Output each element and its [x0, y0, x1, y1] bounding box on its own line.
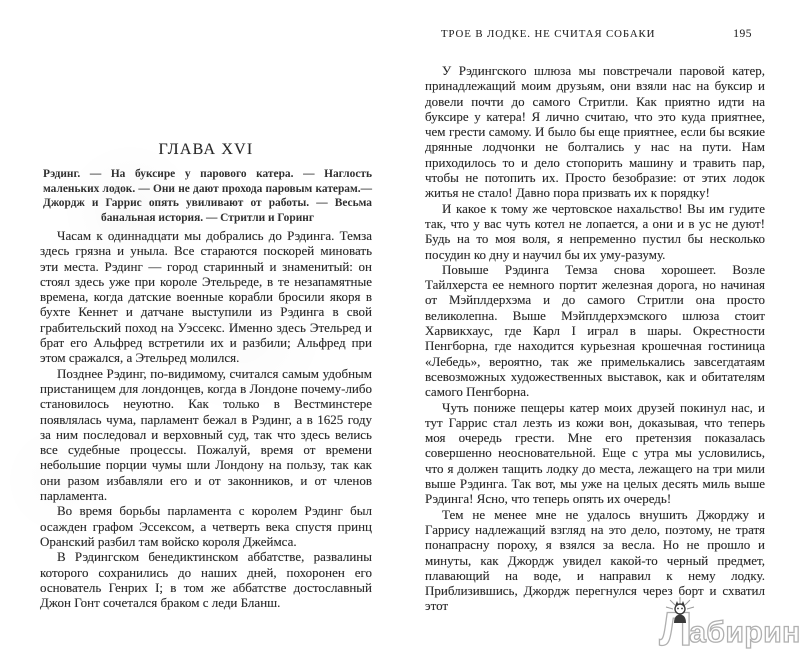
labirint-watermark: Л абиринт	[659, 610, 800, 648]
watermark-text: абиринт	[689, 618, 800, 648]
paragraph: Чуть пониже пещеры катер моих друзей пок…	[425, 400, 765, 507]
paragraph: Тем не менее мне не удалось внушить Джор…	[425, 507, 765, 614]
left-page: ГЛАВА XVI Рэдинг. — На буксире у паровог…	[40, 0, 372, 650]
chapter-epigraph: Рэдинг. — На буксире у парового катера. …	[43, 167, 372, 225]
scanned-book-spread: { "page": { "running_header": "ТРОЕ В ЛО…	[0, 0, 800, 650]
running-header-title: ТРОЕ В ЛОДКЕ. НЕ СЧИТАЯ СОБАКИ	[425, 28, 655, 40]
paragraph: И какое к тому же чертовское нахальство!…	[425, 201, 765, 262]
cat-icon	[664, 597, 696, 623]
chapter-title: ГЛАВА XVI	[40, 141, 372, 159]
paragraph: Повыше Рэдинга Темза снова хорошеет. Воз…	[425, 262, 765, 400]
paragraph: У Рэдингского шлюза мы повстречали паров…	[425, 63, 765, 201]
watermark-big-letter: Л	[659, 610, 692, 648]
right-page: ТРОЕ В ЛОДКЕ. НЕ СЧИТАЯ СОБАКИ 195 У Рэд…	[425, 0, 765, 650]
paragraph: Позднее Рэдинг, по-видимому, считался са…	[40, 366, 372, 504]
right-page-body: У Рэдингского шлюза мы повстречали паров…	[425, 63, 765, 614]
paragraph: Во время борьбы парламента с королем Рэд…	[40, 503, 372, 549]
page-number: 195	[733, 28, 765, 40]
paragraph: В Рэдингском бенедиктинском аббатстве, р…	[40, 549, 372, 610]
left-page-body: Часам к одиннадцати мы добрались до Рэди…	[40, 228, 372, 610]
running-header: ТРОЕ В ЛОДКЕ. НЕ СЧИТАЯ СОБАКИ 195	[425, 28, 765, 40]
paragraph: Часам к одиннадцати мы добрались до Рэди…	[40, 228, 372, 366]
